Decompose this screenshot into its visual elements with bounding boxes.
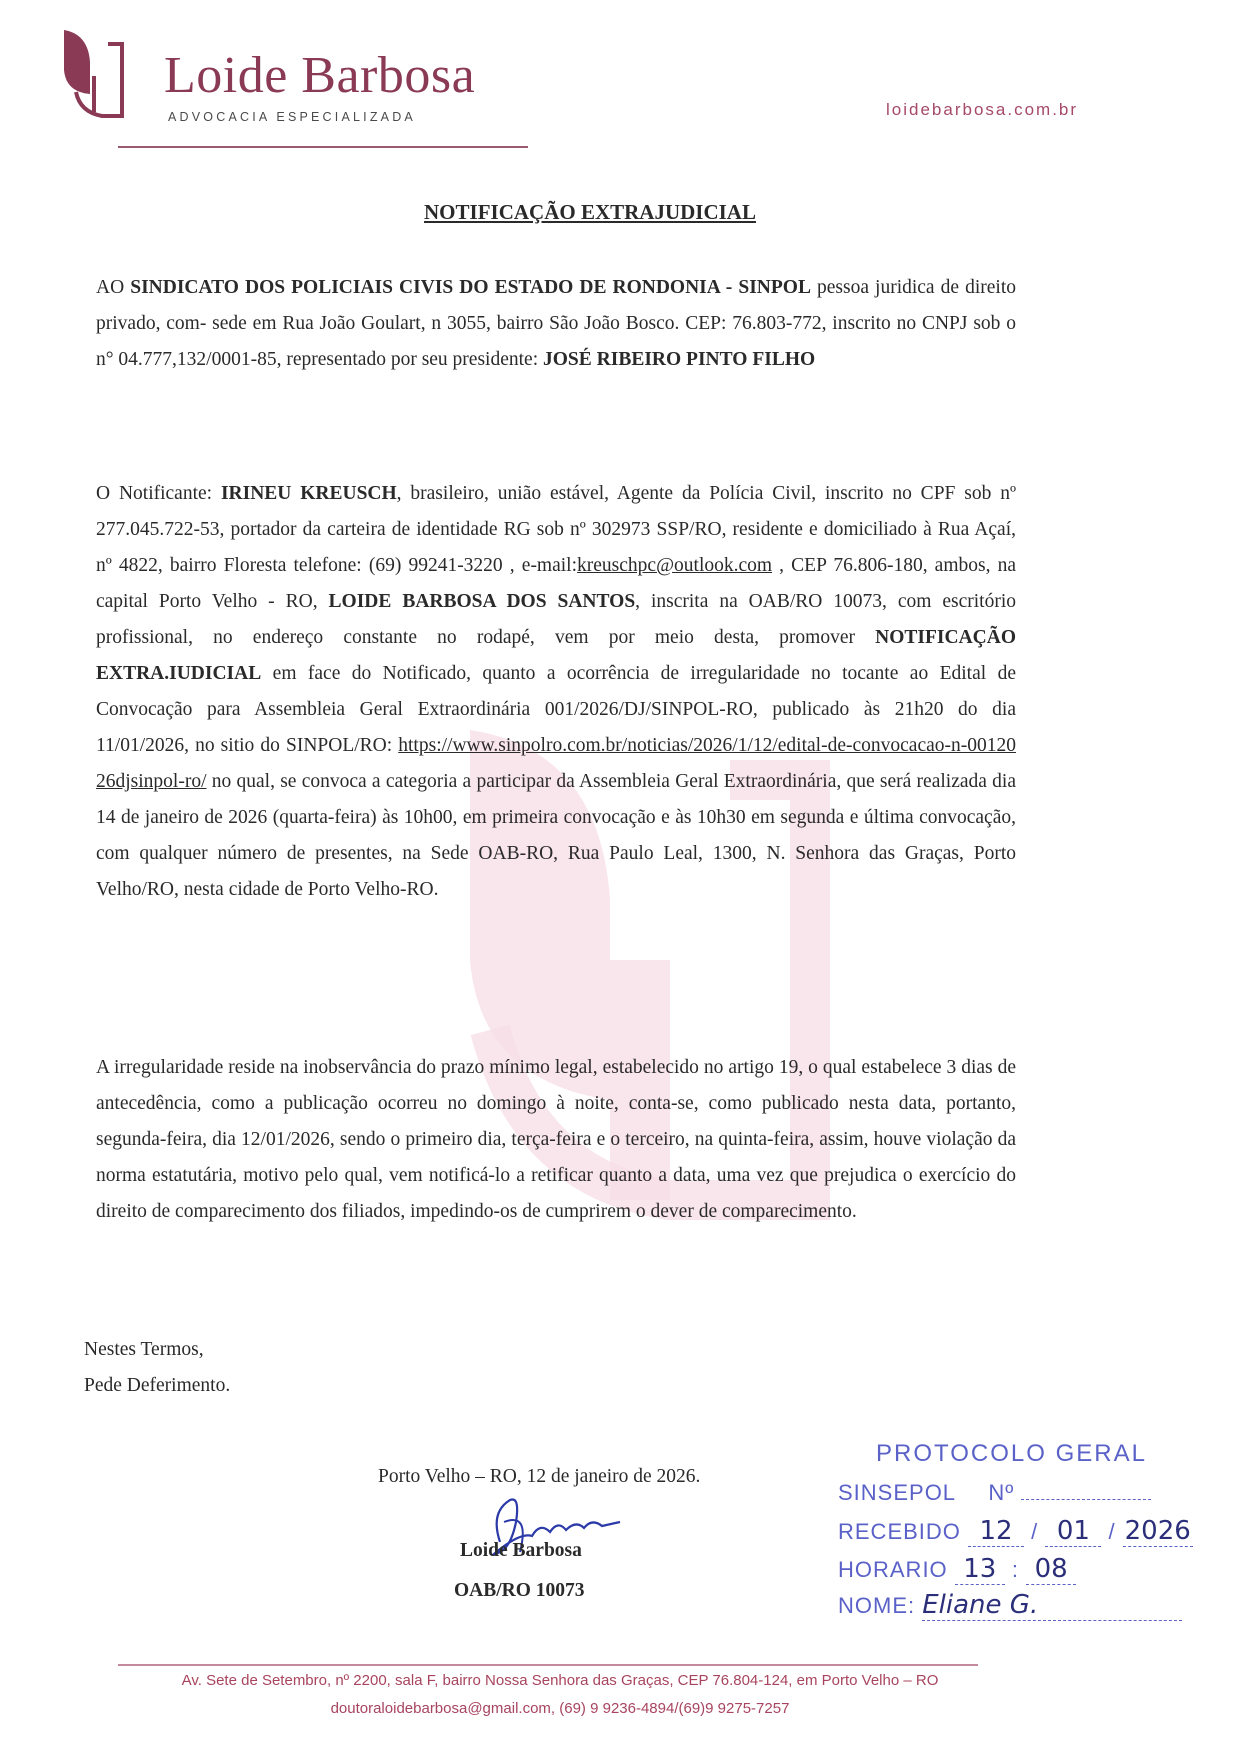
stamp-name-value: Eliane G. bbox=[922, 1590, 1182, 1621]
brand-name: Loide Barbosa bbox=[164, 50, 475, 102]
footer-contact: doutoraloidebarbosa@gmail.com, (69) 9 92… bbox=[0, 1700, 1120, 1717]
header-divider bbox=[118, 146, 528, 148]
stamp-received-day: 12 bbox=[968, 1516, 1024, 1547]
closing-block: Nestes Termos, Pede Deferimento. bbox=[84, 1332, 230, 1404]
stamp-received-row: RECEBIDO 12 / 01 / 2026 bbox=[838, 1516, 1193, 1547]
notifier-name: IRINEU KREUSCH bbox=[221, 483, 397, 504]
website-link[interactable]: loidebarbosa.com.br bbox=[886, 100, 1078, 120]
stamp-received-year: 2026 bbox=[1123, 1516, 1193, 1547]
email-link[interactable]: kreuschpc@outlook.com bbox=[577, 555, 772, 576]
stamp-time-minute: 08 bbox=[1026, 1554, 1076, 1585]
closing-line-1: Nestes Termos, bbox=[84, 1332, 230, 1368]
closing-line-2: Pede Deferimento. bbox=[84, 1368, 230, 1404]
stamp-received-label: RECEBIDO bbox=[838, 1519, 961, 1544]
law-firm-logo-icon bbox=[62, 30, 148, 120]
signer-oab-number: OAB/RO 10073 bbox=[454, 1580, 585, 1602]
stamp-number-value bbox=[1021, 1499, 1151, 1500]
president-name: JOSÉ RIBEIRO PINTO FILHO bbox=[543, 349, 815, 370]
stamp-org-label: SINSEPOL bbox=[838, 1480, 955, 1505]
addressee-prefix: AO bbox=[96, 277, 130, 298]
addressee-paragraph: AO SINDICATO DOS POLICIAIS CIVIS DO ESTA… bbox=[96, 270, 1016, 378]
irregularity-paragraph: A irregularidade reside na inobservância… bbox=[96, 1050, 1016, 1230]
notifier-paragraph: O Notificante: IRINEU KREUSCH, brasileir… bbox=[96, 476, 1016, 908]
brand-subtitle: ADVOCACIA ESPECIALIZADA bbox=[168, 110, 416, 124]
stamp-name-row: NOME: Eliane G. bbox=[838, 1590, 1182, 1621]
signer-name: Loide Barbosa bbox=[460, 1540, 582, 1562]
stamp-number-label: Nº bbox=[988, 1480, 1014, 1505]
footer-divider bbox=[118, 1664, 978, 1666]
stamp-received-month: 01 bbox=[1045, 1516, 1101, 1547]
stamp-time-hour: 13 bbox=[955, 1554, 1005, 1585]
stamp-time-row: HORARIO 13 : 08 bbox=[838, 1554, 1076, 1585]
place-date: Porto Velho – RO, 12 de janeiro de 2026. bbox=[378, 1466, 700, 1488]
stamp-name-label: NOME: bbox=[838, 1593, 915, 1618]
text-segment: O Notificante: bbox=[96, 483, 221, 504]
addressee-name: SINDICATO DOS POLICIAIS CIVIS DO ESTADO … bbox=[130, 277, 811, 298]
stamp-title: PROTOCOLO GERAL bbox=[876, 1440, 1147, 1468]
stamp-time-label: HORARIO bbox=[838, 1557, 948, 1582]
stamp-org-row: SINSEPOL Nº bbox=[838, 1480, 1151, 1506]
document-title: NOTIFICAÇÃO EXTRAJUDICIAL bbox=[0, 200, 1180, 225]
text-segment: no qual, se convoca a categoria a partic… bbox=[96, 771, 1016, 900]
footer-address: Av. Sete de Setembro, nº 2200, sala F, b… bbox=[0, 1672, 1120, 1689]
lawyer-name: LOIDE BARBOSA DOS SANTOS bbox=[329, 591, 636, 612]
